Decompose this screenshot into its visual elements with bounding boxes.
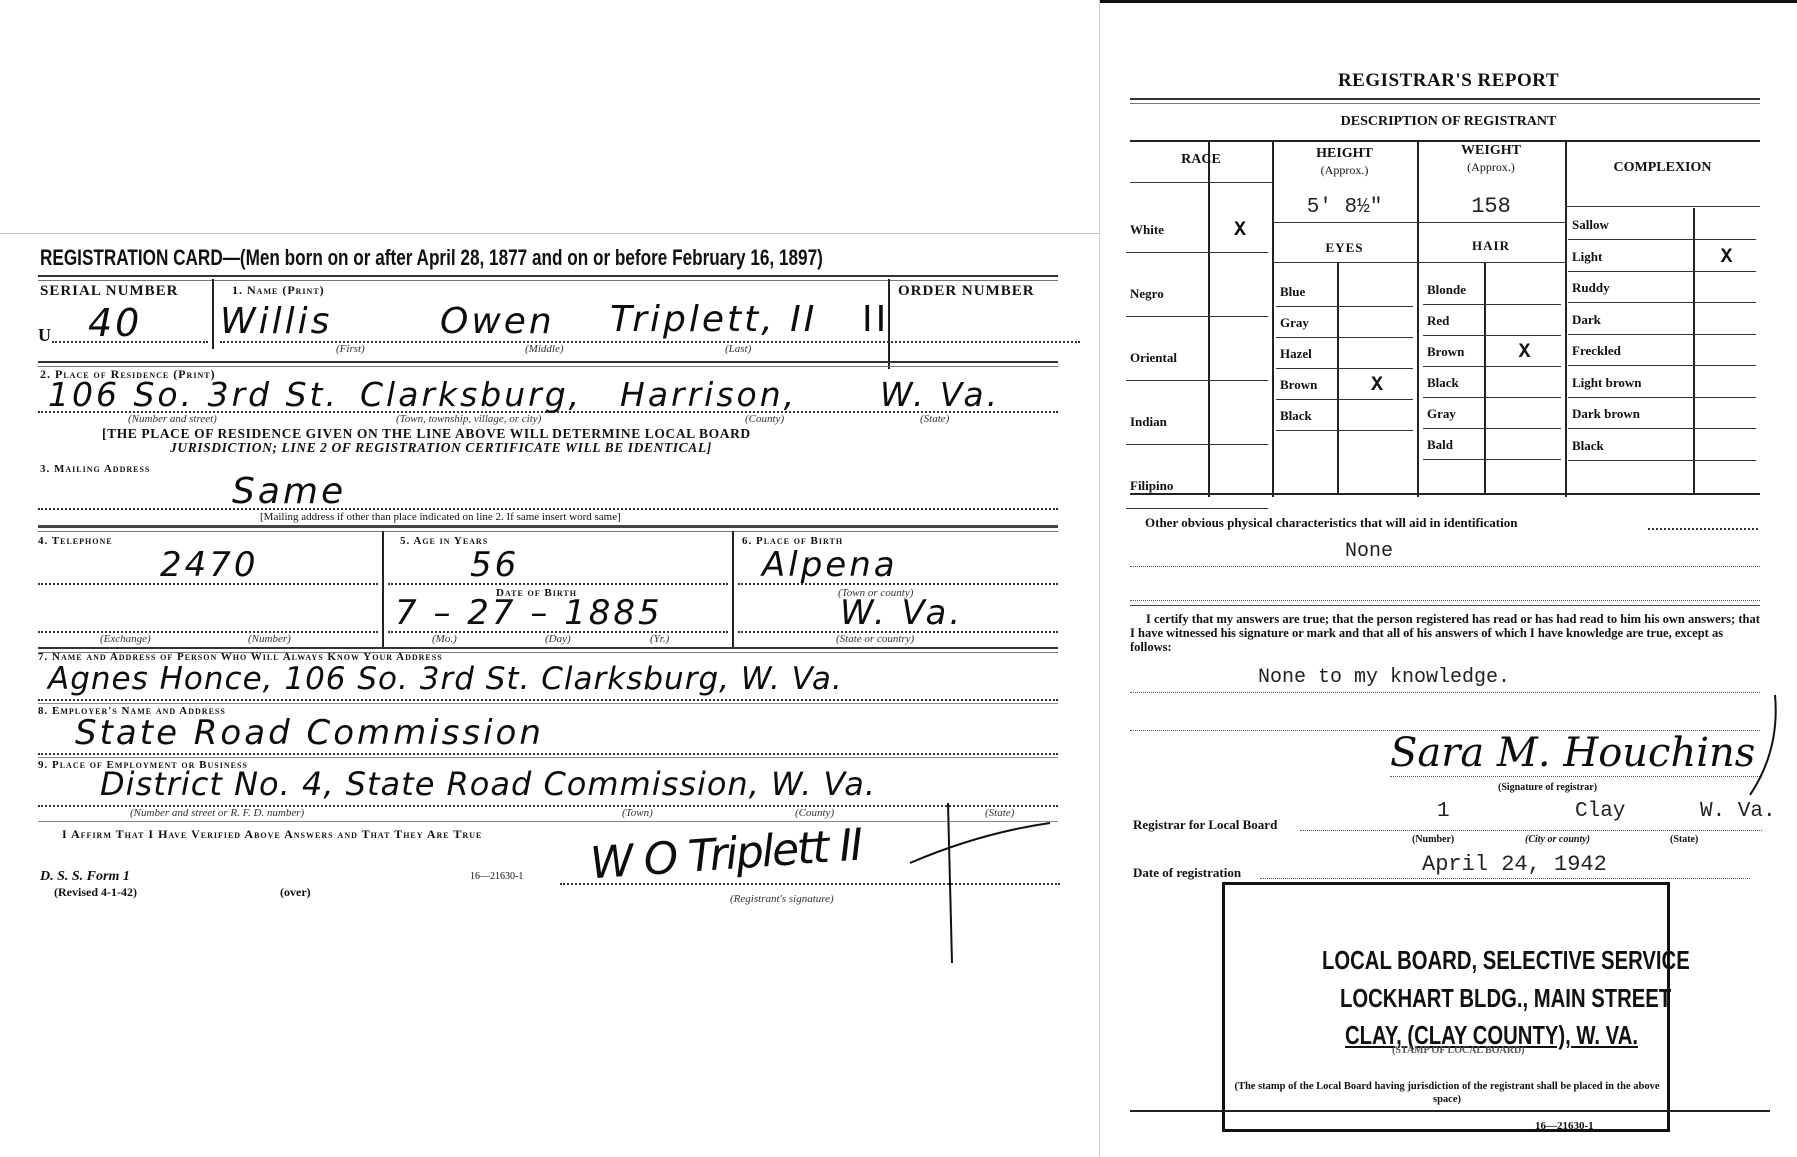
local-board-city-caption: (City or county) bbox=[1525, 834, 1590, 845]
employer-value[interactable]: State Road Commission bbox=[75, 713, 544, 753]
complexion-label: Freckled bbox=[1572, 343, 1621, 359]
stamp-note: (The stamp of the Local Board having jur… bbox=[1222, 1080, 1672, 1106]
exceptions-value[interactable]: None to my knowledge. bbox=[1258, 666, 1510, 689]
eyes-label: Black bbox=[1280, 408, 1312, 424]
local-board-state[interactable]: W. Va. bbox=[1700, 800, 1776, 823]
residence-street[interactable]: 106 So. 3rd St. bbox=[48, 375, 339, 414]
affirm-statement: I Affirm That I Have Verified Above Answ… bbox=[62, 827, 482, 842]
residence-county-caption: (County) bbox=[745, 413, 784, 425]
employment-county-caption: (County) bbox=[795, 807, 834, 819]
residence-state-caption: (State) bbox=[920, 413, 949, 425]
name-label: 1. Name (Print) bbox=[232, 283, 325, 298]
complexion-label: Sallow bbox=[1572, 217, 1609, 233]
local-board-number[interactable]: 1 bbox=[1437, 800, 1450, 823]
hair-checkbox[interactable]: X bbox=[1484, 341, 1565, 364]
residence-state[interactable]: W. Va. bbox=[880, 375, 1000, 414]
local-board-state-caption: (State) bbox=[1670, 834, 1698, 845]
form-revised: (Revised 4-1-42) bbox=[54, 885, 137, 900]
dob-day-caption: (Day) bbox=[545, 633, 571, 645]
complexion-checkbox[interactable]: X bbox=[1693, 246, 1760, 269]
hair-label: Brown bbox=[1427, 344, 1464, 360]
hair-header: HAIR bbox=[1417, 238, 1565, 254]
serial-number-value[interactable]: 40 bbox=[88, 301, 142, 345]
birthplace-state-caption: (State or country) bbox=[836, 633, 914, 645]
complexion-label: Black bbox=[1572, 438, 1604, 454]
card-title: REGISTRATION CARD—(Men born on or after … bbox=[40, 245, 823, 271]
report-subtitle: DESCRIPTION OF REGISTRANT bbox=[1100, 114, 1797, 130]
report-title: REGISTRAR'S REPORT bbox=[1100, 70, 1797, 92]
other-characteristics-value[interactable]: None bbox=[1345, 540, 1393, 563]
eyes-label: Gray bbox=[1280, 315, 1309, 331]
weight-header: WEIGHT bbox=[1417, 143, 1565, 159]
race-header: RACE bbox=[1130, 152, 1272, 168]
mailing-caption: [Mailing address if other than place ind… bbox=[260, 511, 621, 523]
signature-stroke-icon bbox=[900, 793, 1060, 973]
form-id: D. S. S. Form 1 bbox=[40, 869, 130, 885]
race-label: Indian bbox=[1130, 414, 1167, 430]
residence-town[interactable]: Clarksburg, bbox=[360, 375, 582, 414]
age-value[interactable]: 56 bbox=[470, 545, 519, 585]
hair-label: Blonde bbox=[1427, 282, 1466, 298]
complexion-label: Light bbox=[1572, 249, 1602, 265]
residence-street-caption: (Number and street) bbox=[128, 413, 217, 425]
height-value[interactable]: 5' 8½" bbox=[1272, 196, 1417, 219]
hair-label: Bald bbox=[1427, 437, 1453, 453]
hair-label: Black bbox=[1427, 375, 1459, 391]
dob-value[interactable]: 7 – 27 – 1885 bbox=[395, 593, 663, 633]
order-number-label: ORDER NUMBER bbox=[898, 283, 1035, 300]
name-last-caption: (Last) bbox=[725, 343, 751, 355]
telephone-number-caption: (Number) bbox=[248, 633, 291, 645]
registrant-signature[interactable]: W O Triplett II bbox=[589, 820, 863, 890]
weight-value[interactable]: 158 bbox=[1417, 194, 1565, 219]
order-number-value[interactable]: II bbox=[862, 299, 889, 340]
mailing-label: 3. Mailing Address bbox=[40, 463, 150, 475]
birthplace-town[interactable]: Alpena bbox=[762, 545, 898, 585]
race-label: Oriental bbox=[1130, 350, 1177, 366]
serial-prefix: U bbox=[38, 325, 51, 346]
serial-number-label: SERIAL NUMBER bbox=[40, 283, 178, 300]
height-approx: (Approx.) bbox=[1272, 163, 1417, 178]
eyes-checkbox[interactable]: X bbox=[1337, 374, 1417, 397]
race-label: Negro bbox=[1130, 286, 1164, 302]
contact-value[interactable]: Agnes Honce, 106 So. 3rd St. Clarksburg,… bbox=[48, 661, 843, 697]
mailing-value[interactable]: Same bbox=[232, 471, 346, 512]
registrars-report: REGISTRAR'S REPORT DESCRIPTION OF REGIST… bbox=[1100, 0, 1797, 1157]
race-label: Filipino bbox=[1130, 478, 1173, 494]
registrar-signature-caption: (Signature of registrar) bbox=[1498, 782, 1597, 793]
complexion-label: Light brown bbox=[1572, 375, 1641, 391]
eyes-label: Blue bbox=[1280, 284, 1305, 300]
over-note: (over) bbox=[280, 885, 311, 900]
birthplace-state[interactable]: W. Va. bbox=[840, 593, 963, 633]
residence-town-caption: (Town, township, village, or city) bbox=[396, 413, 541, 425]
certify-text: I certify that my answers are true; that… bbox=[1130, 612, 1762, 654]
employment-town-caption: (Town) bbox=[622, 807, 653, 819]
stamp-line-2: LOCKHART BLDG., MAIN STREET bbox=[1340, 983, 1671, 1014]
stamp-caption: (STAMP OF LOCAL BOARD) bbox=[1392, 1045, 1525, 1056]
dob-year-caption: (Yr.) bbox=[650, 633, 669, 645]
race-label: White bbox=[1130, 222, 1164, 238]
complexion-label: Dark brown bbox=[1572, 406, 1640, 422]
other-characteristics-label: Other obvious physical characteristics t… bbox=[1145, 515, 1517, 531]
registration-card: REGISTRATION CARD—(Men born on or after … bbox=[0, 233, 1100, 938]
registrar-signature[interactable]: Sara M. Houchins bbox=[1390, 730, 1755, 776]
name-first-caption: (First) bbox=[336, 343, 365, 355]
local-board-number-caption: (Number) bbox=[1412, 834, 1454, 845]
complexion-header: COMPLEXION bbox=[1565, 160, 1760, 176]
eyes-label: Hazel bbox=[1280, 346, 1312, 362]
weight-approx: (Approx.) bbox=[1417, 160, 1565, 175]
eyes-header: EYES bbox=[1272, 240, 1417, 256]
local-board-label: Registrar for Local Board bbox=[1133, 817, 1277, 833]
name-last[interactable]: Triplett, II bbox=[610, 299, 817, 340]
height-header: HEIGHT bbox=[1272, 146, 1417, 162]
name-middle-caption: (Middle) bbox=[525, 343, 563, 355]
eyes-label: Brown bbox=[1280, 377, 1317, 393]
residence-notice-2: JURISDICTION; LINE 2 OF REGISTRATION CER… bbox=[170, 440, 712, 456]
signature-flourish-icon bbox=[1745, 690, 1785, 800]
complexion-label: Dark bbox=[1572, 312, 1601, 328]
name-middle[interactable]: Owen bbox=[440, 301, 555, 342]
dob-month-caption: (Mo.) bbox=[432, 633, 457, 645]
race-checkbox[interactable]: X bbox=[1208, 219, 1272, 242]
hair-label: Red bbox=[1427, 313, 1449, 329]
print-code: 16—21630-1 bbox=[470, 871, 523, 882]
date-value[interactable]: April 24, 1942 bbox=[1422, 852, 1607, 877]
hair-label: Gray bbox=[1427, 406, 1456, 422]
local-board-city[interactable]: Clay bbox=[1575, 800, 1625, 823]
complexion-label: Ruddy bbox=[1572, 280, 1610, 296]
registrant-signature-caption: (Registrant's signature) bbox=[730, 893, 834, 905]
date-label: Date of registration bbox=[1133, 865, 1241, 881]
employment-place-value[interactable]: District No. 4, State Road Commission, W… bbox=[100, 765, 876, 803]
telephone-value[interactable]: 2470 bbox=[160, 545, 259, 585]
telephone-exchange-caption: (Exchange) bbox=[100, 633, 151, 645]
stamp-line-1: LOCAL BOARD, SELECTIVE SERVICE bbox=[1322, 945, 1690, 976]
employment-street-caption: (Number and street or R. F. D. number) bbox=[130, 807, 304, 819]
residence-county[interactable]: Harrison, bbox=[620, 375, 797, 414]
telephone-label: 4. Telephone bbox=[38, 535, 113, 547]
report-print-code: 16—21630-1 bbox=[1535, 1120, 1594, 1132]
name-first[interactable]: Willis bbox=[220, 301, 332, 342]
